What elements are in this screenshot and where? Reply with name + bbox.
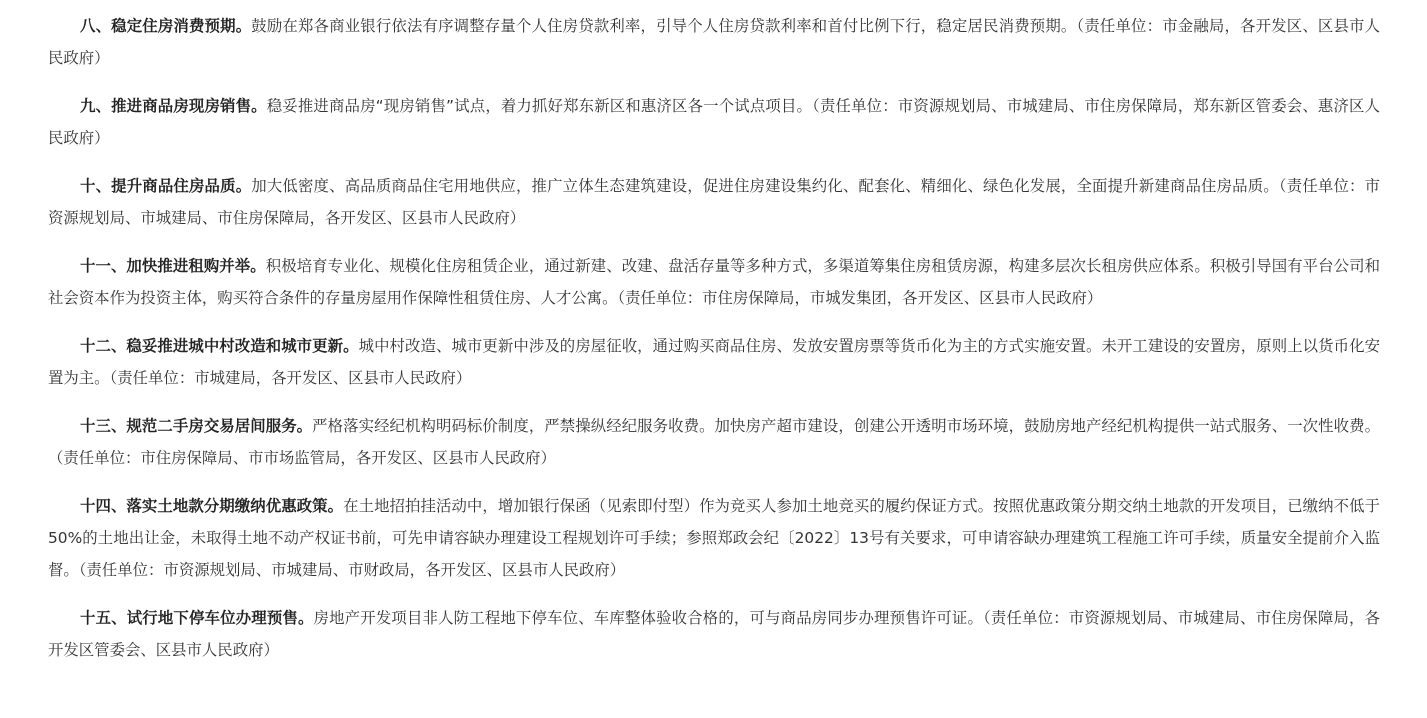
policy-item-10: 十、提升商品住房品质。加大低密度、高品质商品住宅用地供应，推广立体生态建筑建设，… — [48, 170, 1380, 234]
policy-item-12: 十二、稳妥推进城中村改造和城市更新。城中村改造、城市更新中涉及的房屋征收，通过购… — [48, 330, 1380, 394]
policy-item-8: 八、稳定住房消费预期。鼓励在郑各商业银行依法有序调整存量个人住房贷款利率，引导个… — [48, 10, 1380, 74]
policy-item-heading: 十二、稳妥推进城中村改造和城市更新。 — [80, 337, 359, 355]
policy-item-heading: 十、提升商品住房品质。 — [80, 177, 251, 195]
policy-article: 八、稳定住房消费预期。鼓励在郑各商业银行依法有序调整存量个人住房贷款利率，引导个… — [48, 10, 1380, 682]
policy-item-9: 九、推进商品房现房销售。稳妥推进商品房“现房销售”试点，着力抓好郑东新区和惠济区… — [48, 90, 1380, 154]
policy-item-heading: 十五、试行地下停车位办理预售。 — [80, 609, 314, 627]
policy-item-heading: 十四、落实土地款分期缴纳优惠政策。 — [80, 497, 343, 515]
policy-item-heading: 九、推进商品房现房销售。 — [80, 97, 267, 115]
policy-item-11: 十一、加快推进租购并举。积极培育专业化、规模化住房租赁企业，通过新建、改建、盘活… — [48, 250, 1380, 314]
policy-item-heading: 八、稳定住房消费预期。 — [80, 17, 251, 35]
policy-item-heading: 十一、加快推进租购并举。 — [80, 257, 266, 275]
policy-item-15: 十五、试行地下停车位办理预售。房地产开发项目非人防工程地下停车位、车库整体验收合… — [48, 602, 1380, 666]
policy-item-14: 十四、落实土地款分期缴纳优惠政策。在土地招拍挂活动中，增加银行保函（见索即付型）… — [48, 490, 1380, 586]
policy-item-13: 十三、规范二手房交易居间服务。严格落实经纪机构明码标价制度，严禁操纵经纪服务收费… — [48, 410, 1380, 474]
policy-item-heading: 十三、规范二手房交易居间服务。 — [80, 417, 312, 435]
